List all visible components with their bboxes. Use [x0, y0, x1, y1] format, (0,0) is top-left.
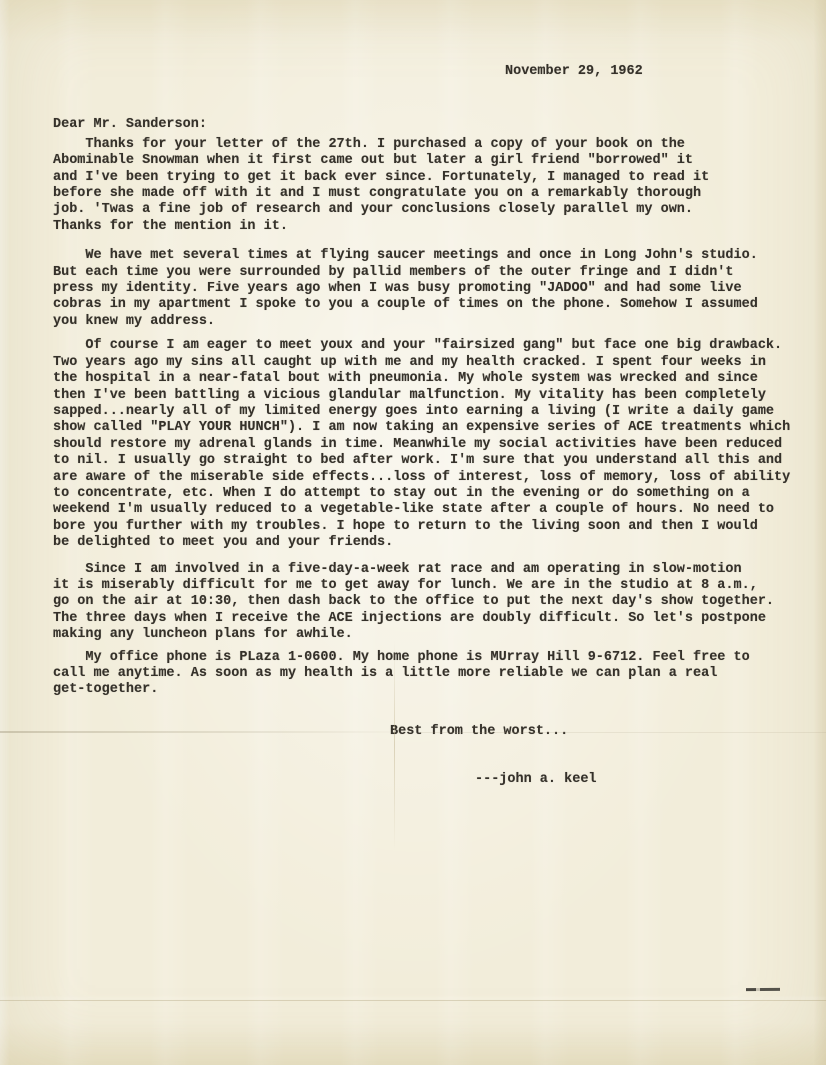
closing-line: Best from the worst...	[390, 724, 810, 740]
letter-page: November 29, 1962 Dear Mr. Sanderson: Th…	[0, 0, 826, 1065]
fold-crease-horizontal-lower	[0, 1000, 826, 1001]
letter-date: November 29, 1962	[505, 64, 810, 80]
body-paragraph-1: Thanks for your letter of the 27th. I pu…	[53, 137, 810, 235]
body-paragraph-2: We have met several times at flying sauc…	[53, 248, 810, 330]
body-paragraph-5: My office phone is PLaza 1-0600. My home…	[53, 650, 810, 699]
salutation: Dear Mr. Sanderson:	[53, 117, 810, 133]
body-paragraph-3: Of course I am eager to meet youx and yo…	[53, 338, 810, 551]
letter-content: November 29, 1962 Dear Mr. Sanderson: Th…	[53, 64, 810, 789]
pencil-dash-mark	[746, 988, 780, 991]
body-paragraph-4: Since I am involved in a five-day-a-week…	[53, 562, 810, 644]
signature-line: ---john a. keel	[475, 772, 810, 788]
